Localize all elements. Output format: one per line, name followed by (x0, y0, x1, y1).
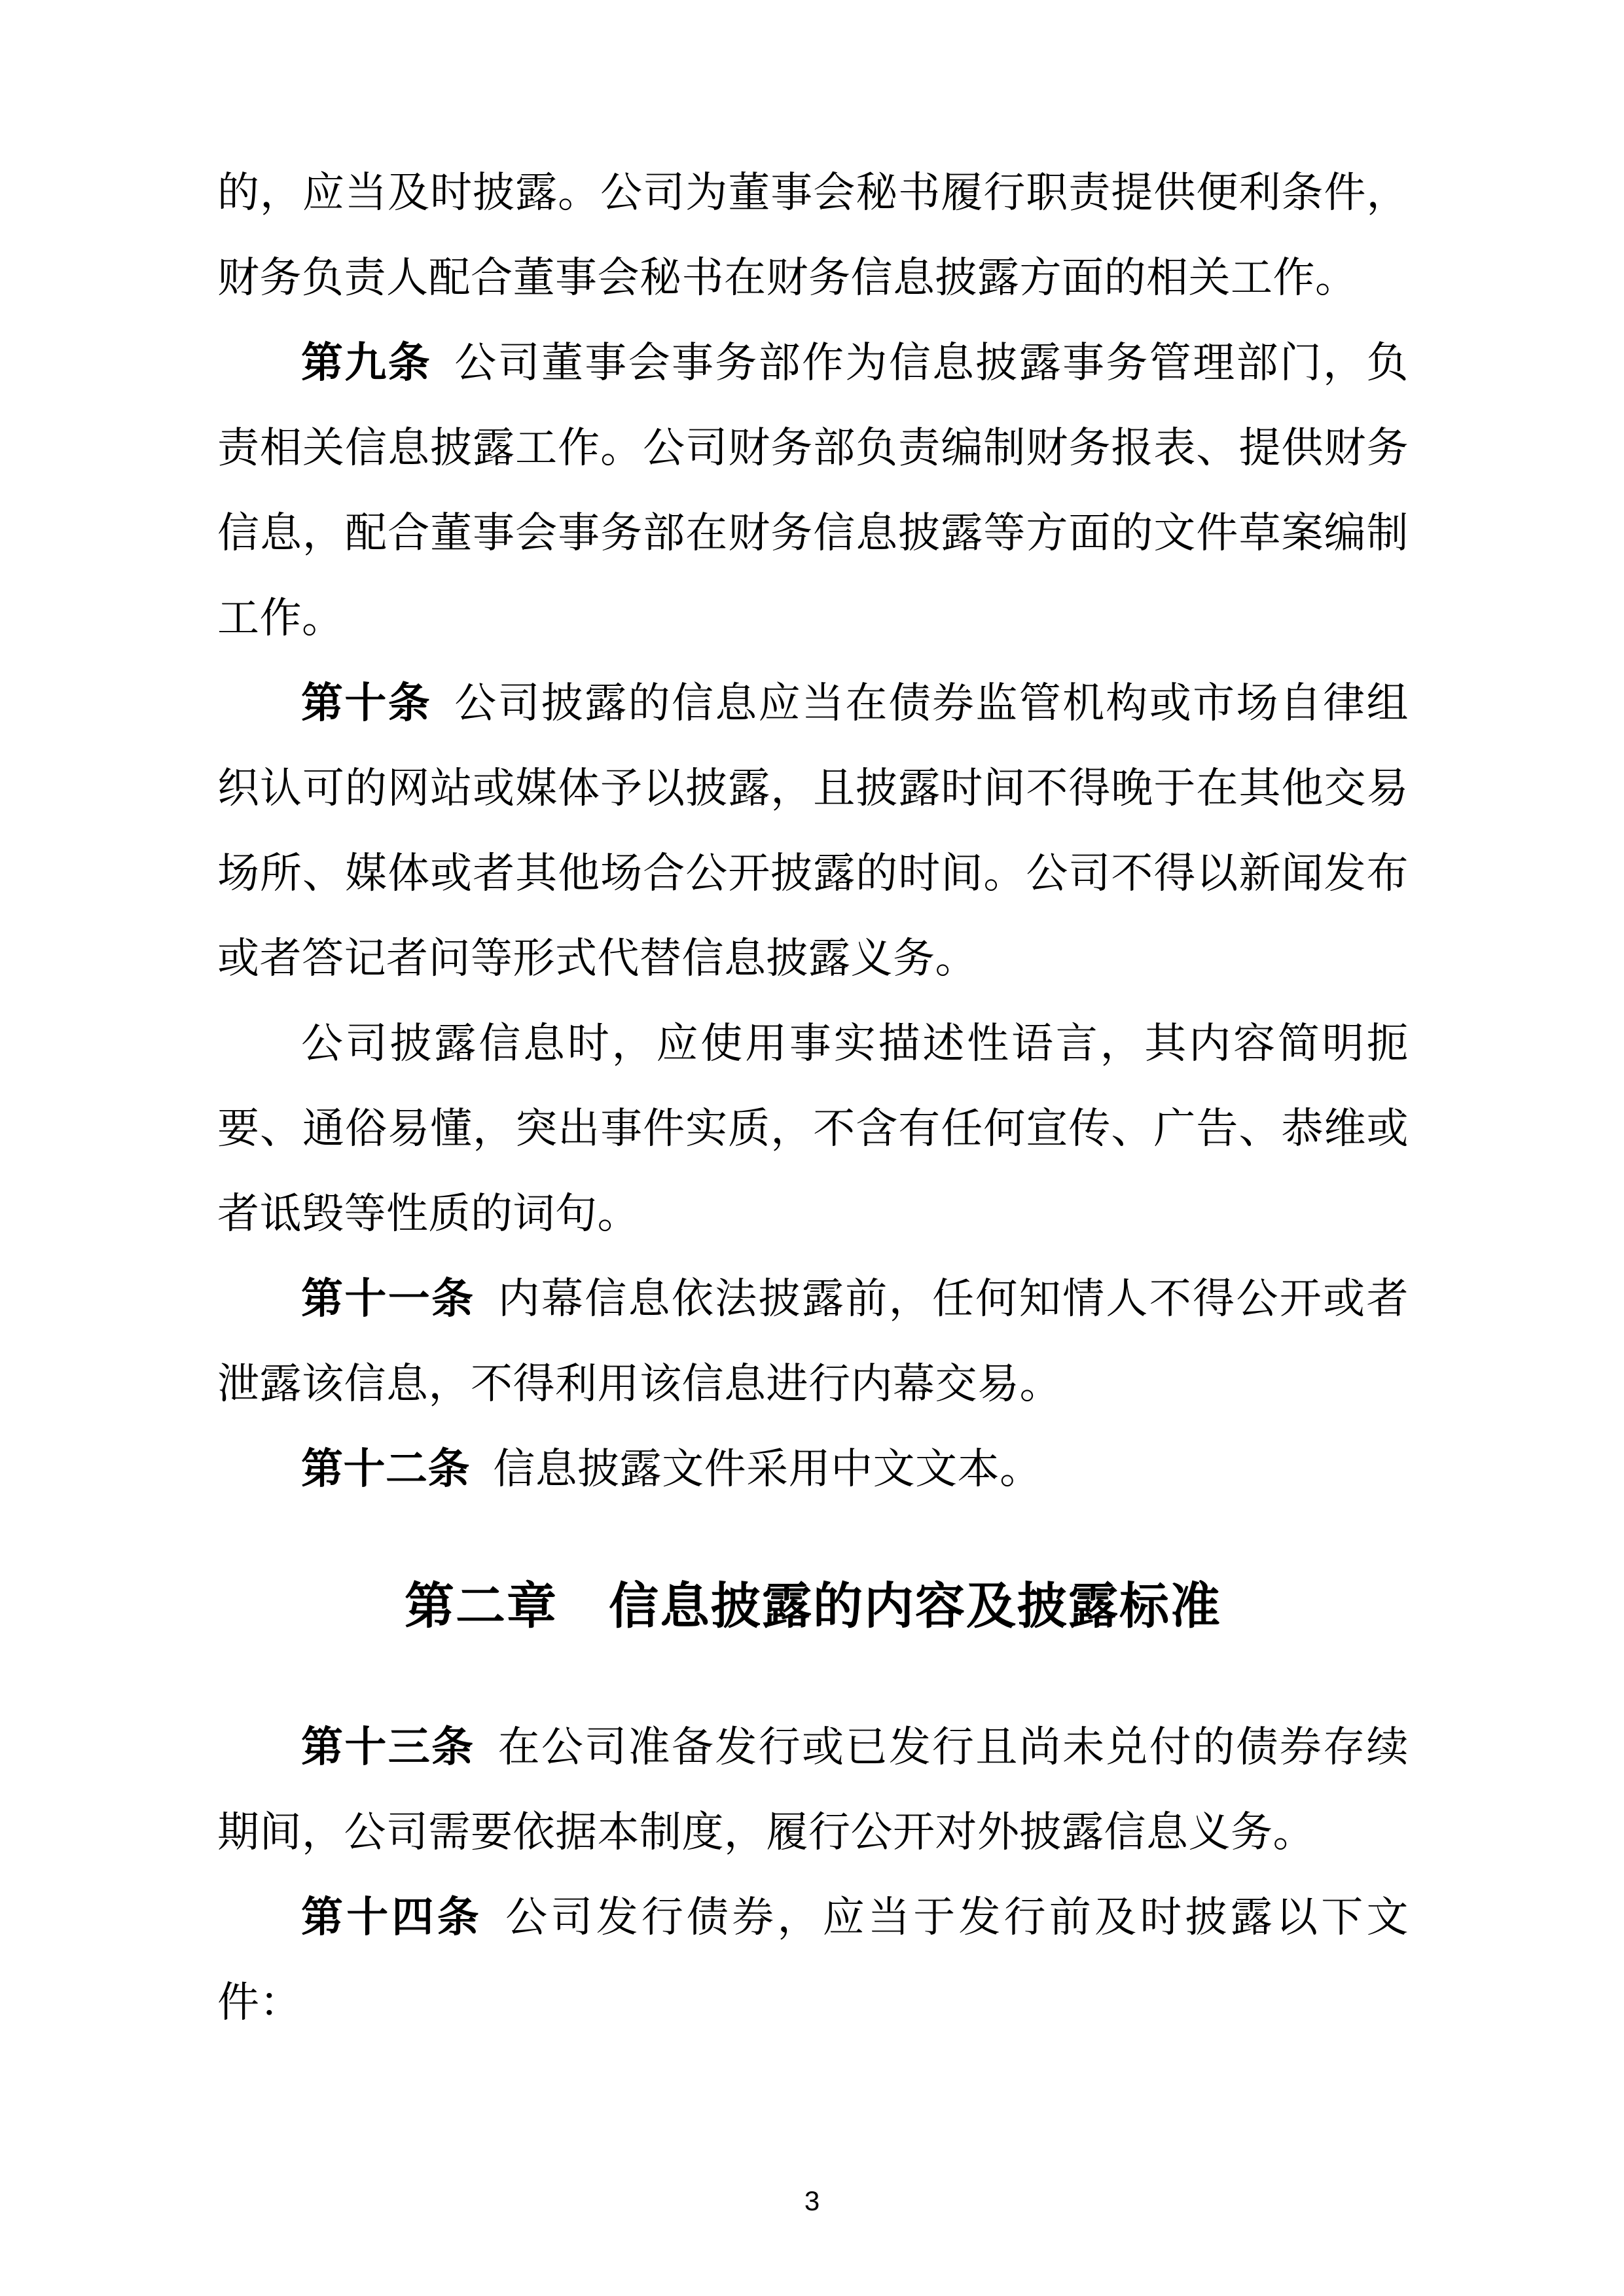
article-11: 第十一条内幕信息依法披露前，任何知情人不得公开或者泄露该信息，不得利用该信息进行… (217, 1257, 1409, 1427)
article-10: 第十条公司披露的信息应当在债券监管机构或市场自律组织认可的网站或媒体予以披露，且… (217, 661, 1409, 1001)
article-11-number: 第十一条 (301, 1276, 475, 1322)
article-9: 第九条公司董事会事务部作为信息披露事务管理部门，负责相关信息披露工作。公司财务部… (217, 321, 1409, 661)
chapter-2-heading: 第二章 信息披露的内容及披露标准 (217, 1564, 1409, 1649)
article-9-number: 第九条 (301, 340, 431, 386)
article-14: 第十四条公司发行债券，应当于发行前及时披露以下文件： (217, 1875, 1409, 2045)
article-12-number: 第十二条 (301, 1446, 470, 1492)
page-number: 3 (0, 2185, 1624, 2217)
paragraph-text: 公司披露信息时，应使用事实描述性语言，其内容简明扼要、通俗易懂，突出事件实质，不… (217, 1020, 1409, 1237)
article-12: 第十二条信息披露文件采用中文文本。 (217, 1427, 1409, 1512)
article-13: 第十三条在公司准备发行或已发行且尚未兑付的债券存续期间，公司需要依据本制度，履行… (217, 1705, 1409, 1875)
article-10-number: 第十条 (301, 680, 431, 726)
paragraph-disclosure-language: 公司披露信息时，应使用事实描述性语言，其内容简明扼要、通俗易懂，突出事件实质，不… (217, 1001, 1409, 1257)
article-14-number: 第十四条 (301, 1894, 482, 1941)
paragraph-continuation: 的，应当及时披露。公司为董事会秘书履行职责提供便利条件，财务负责人配合董事会秘书… (217, 151, 1409, 321)
document-body: 的，应当及时披露。公司为董事会秘书履行职责提供便利条件，财务负责人配合董事会秘书… (217, 151, 1409, 2045)
article-13-number: 第十三条 (301, 1724, 475, 1770)
document-page: 的，应当及时披露。公司为董事会秘书履行职责提供便利条件，财务负责人配合董事会秘书… (0, 0, 1624, 2296)
paragraph-text: 的，应当及时披露。公司为董事会秘书履行职责提供便利条件，财务负责人配合董事会秘书… (217, 170, 1409, 301)
paragraph-text: 信息披露文件采用中文文本。 (493, 1446, 1042, 1492)
